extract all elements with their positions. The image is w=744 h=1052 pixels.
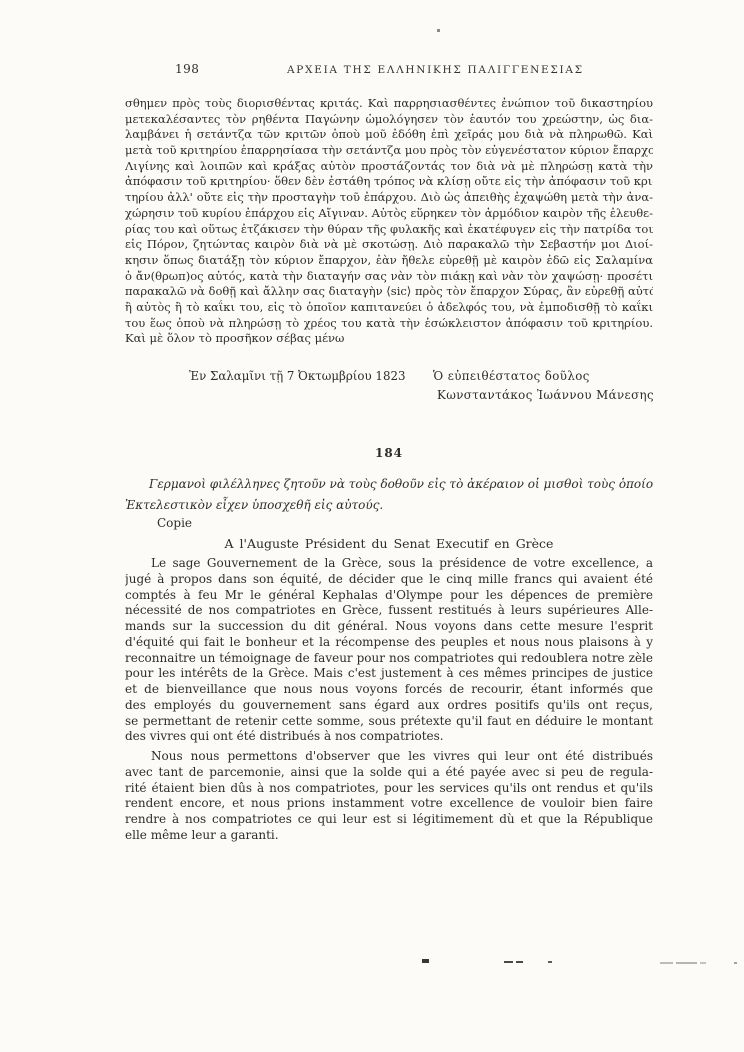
text-line: reconnaitre un témoignage de faveur pour… [125,651,653,667]
dateline-row: Ἐν Σαλαμῖνι τῇ 7 Ὀκτωμβρίου 1823 Ὁ εὐπει… [125,369,653,387]
text-line: μετὰ τοῦ κριτηρίου ἐπαρρησίασα τὴν σετάν… [125,143,653,159]
page-number: 198 [175,62,199,76]
scan-speck [422,959,429,963]
text-line: Le sage Gouvernement de la Grèce, sous l… [125,556,653,572]
text-line: τηρίου ἀλλ' οὔτε εἰς τὴν προσταγὴν τοῦ ἐ… [125,190,653,206]
text-line: jugé à propos dans son équité, de décide… [125,572,653,588]
text-line: χώρησιν τοῦ κυρίου ἐπάρχου εἰς Αἴγιναν. … [125,206,653,222]
text-line: εἰς Πόρον, ζητώντας καιρὸν διὰ νὰ μὲ σκο… [125,237,653,253]
text-line: ρίας του καὶ οὕτως ἐτζάκισεν τὴν θύραν τ… [125,222,653,238]
scanned-book-page: 198 ΑΡΧΕΙΑ ΤΗΣ ΕΛΛΗΝΙΚΗΣ ΠΑΛΙΓΓΕΝΕΣΙΑΣ σ… [0,0,744,1052]
text-line: d'équité qui fait le bonheur et la récom… [125,635,653,651]
text-line: λαμβάνει ἡ σετάντζα τῶν κριτῶν ὁποὺ μοῦ … [125,127,653,143]
dateline: Ἐν Σαλαμῖνι τῇ 7 Ὀκτωμβρίου 1823 [189,369,405,383]
text-line: Λιγίνης καὶ λοιπῶν καὶ κράξας αὐτὸν προσ… [125,159,653,175]
running-head: 198 ΑΡΧΕΙΑ ΤΗΣ ΕΛΛΗΝΙΚΗΣ ΠΑΛΙΓΓΕΝΕΣΙΑΣ [125,62,653,80]
text-line: Ἐκτελεστικὸν εἶχεν ὑποσχεθῆ εἰς αὐτούς. [125,495,653,516]
scan-speck [660,962,673,964]
text-line: nécessité de nos compatriotes en Grèce, … [125,603,653,619]
scan-speck [516,961,523,963]
text-line: rendent encore, et nous prions instammen… [125,796,653,812]
signature-role: Ὁ εὐπειθέστατος δοῦλος [433,369,590,383]
text-line: σθημεν πρὸς τοὺς διορισθέντας κριτάς. Κα… [125,96,653,112]
text-line: mands sur la succession du dit général. … [125,619,653,635]
address-line: A l'Auguste Président du Senat Executif … [125,536,653,551]
scan-speck [734,962,737,964]
text-line: rendre à nos compatriotes ce qui leur es… [125,812,653,828]
scan-speck [700,962,706,964]
text-line: ἀπόφασιν τοῦ κριτηρίου· ὅθεν δὲν ἐστάθη … [125,174,653,190]
letter-paragraph-2: Nous nous permettons d'observer que les … [125,749,653,844]
text-line: rité étaient bien dûs à nos compatriotes… [125,781,653,797]
text-line: des vivres qui ont été distribués à nos … [125,729,653,745]
text-line: Γερμανοὶ φιλέλληνες ζητοῦν νὰ τοὺς δοθοῦ… [125,474,653,495]
copy-label: Copie [157,516,192,530]
greek-letter-body: σθημεν πρὸς τοὺς διορισθέντας κριτάς. Κα… [125,96,653,347]
document-number-heading: 184 [125,446,653,460]
text-line: παρακαλῶ νὰ δοθῇ καὶ ἄλλην σας διαταγὴν … [125,284,653,300]
scan-speck [437,29,440,32]
text-line: κησιν ὅπως διατάξῃ τὸν κύριον ἔπαρχον, ἐ… [125,253,653,269]
text-line: μετεκαλέσαντες τὸν ρηθέντα Παγώνην ὡμολό… [125,112,653,128]
text-line: des employés du gouvernement sans égard … [125,698,653,714]
text-line: ὁ ἄν(θρωπ)ος αὐτός, κατὰ τὴν διαταγήν σα… [125,269,653,285]
text-line: Nous nous permettons d'observer que les … [125,749,653,765]
text-line: ἢ αὐτὸς ἢ τὸ καΐκι του, εἰς τὸ ὁποῖον κα… [125,300,653,316]
document-summary: Γερμανοὶ φιλέλληνες ζητοῦν νὰ τοὺς δοθοῦ… [125,474,653,516]
scan-speck [548,961,552,963]
running-title: ΑΡΧΕΙΑ ΤΗΣ ΕΛΛΗΝΙΚΗΣ ΠΑΛΙΓΓΕΝΕΣΙΑΣ [287,64,584,76]
letter-paragraph-1: Le sage Gouvernement de la Grèce, sous l… [125,556,653,745]
scan-speck [504,961,513,963]
text-line: avec tant de parcemonie, ainsi que la so… [125,765,653,781]
text-line: Καὶ μὲ ὅλον τὸ προσῆκον σέβας μένω [125,331,653,347]
text-line: et de bienveillance que nous nous voyons… [125,682,653,698]
signature-name: Κωνσταντάκος Ἰωάννου Μάνεσης [437,388,654,402]
text-line: pour les intérêts de la Grèce. Mais c'es… [125,666,653,682]
scan-speck [676,962,697,964]
text-line: comptés à feu Mr le général Kephalas d'O… [125,588,653,604]
text-line: του ἕως ὁποὺ νὰ πληρώσῃ τὸ χρέος του κατ… [125,316,653,332]
text-line: se permettant de retenir cette somme, so… [125,714,653,730]
text-line: elle même leur a garanti. [125,828,653,844]
